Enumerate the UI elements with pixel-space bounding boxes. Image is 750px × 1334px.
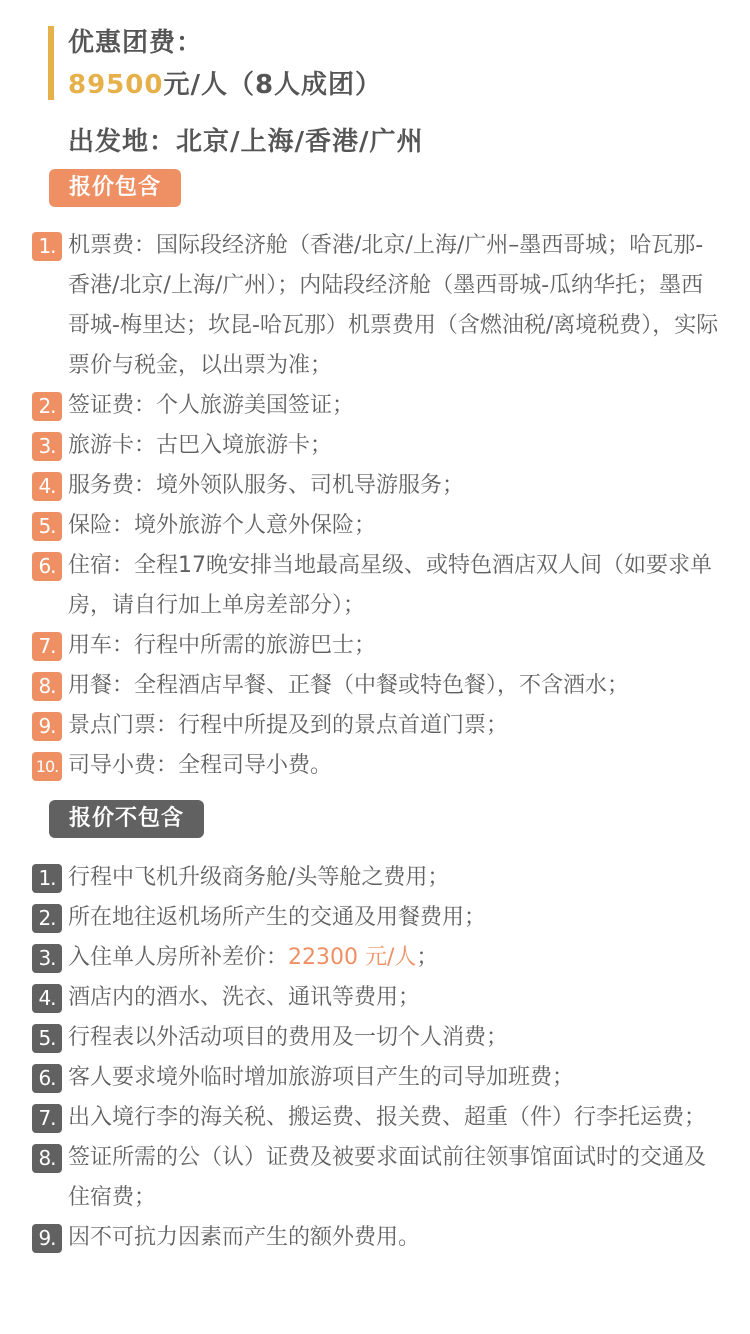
included-section-tag: 报价包含 xyxy=(49,169,181,207)
number-badge: 4. xyxy=(32,984,62,1013)
number-badge: 6. xyxy=(32,1064,62,1093)
list-item: 6.住宿：全程17晚安排当地最高星级、或特色酒店双人间（如要求单房，请自行加上单… xyxy=(32,546,722,626)
item-text: 保险：境外旅游个人意外保险； xyxy=(68,513,376,538)
list-item: 3.旅游卡：古巴入境旅游卡； xyxy=(32,426,722,466)
item-text: 因不可抗力因素而产生的额外费用。 xyxy=(68,1225,420,1250)
price-value: 89500 xyxy=(68,70,163,100)
list-item: 1.机票费：国际段经济舱（香港/北京/上海/广州–墨西哥城；哈瓦那-香港/北京/… xyxy=(32,226,722,386)
list-item: 2.所在地往返机场所产生的交通及用餐费用； xyxy=(32,898,722,938)
item-text: 用车：行程中所需的旅游巴士； xyxy=(68,633,376,658)
list-item: 5.保险：境外旅游个人意外保险； xyxy=(32,506,722,546)
number-badge: 7. xyxy=(32,632,62,661)
number-badge: 9. xyxy=(32,712,62,741)
number-badge: 5. xyxy=(32,1024,62,1053)
number-badge: 2. xyxy=(32,392,62,421)
item-text: 司导小费：全程司导小费。 xyxy=(68,753,332,778)
list-item: 5.行程表以外活动项目的费用及一切个人消费； xyxy=(32,1018,722,1058)
number-badge: 2. xyxy=(32,904,62,933)
price-header: 优惠团费： 89500元/人（8人成团） xyxy=(48,26,382,100)
number-badge: 3. xyxy=(32,944,62,973)
item-text: 景点门票：行程中所提及到的景点首道门票； xyxy=(68,713,508,738)
item-text: 行程中飞机升级商务舱/头等舱之费用； xyxy=(68,865,449,890)
number-badge: 7. xyxy=(32,1104,62,1133)
item-text: 签证费：个人旅游美国签证； xyxy=(68,393,354,418)
list-item: 2.签证费：个人旅游美国签证； xyxy=(32,386,722,426)
item-text-end: ； xyxy=(416,945,438,970)
departure-cities: 出发地：北京/上海/香港/广州 xyxy=(68,121,424,158)
included-list: 1.机票费：国际段经济舱（香港/北京/上海/广州–墨西哥城；哈瓦那-香港/北京/… xyxy=(32,226,722,786)
list-item: 10.司导小费：全程司导小费。 xyxy=(32,746,722,786)
item-text: 所在地往返机场所产生的交通及用餐费用； xyxy=(68,905,486,930)
list-item: 6.客人要求境外临时增加旅游项目产生的司导加班费； xyxy=(32,1058,722,1098)
list-item: 4.酒店内的酒水、洗衣、通讯等费用； xyxy=(32,978,722,1018)
list-item: 9.因不可抗力因素而产生的额外费用。 xyxy=(32,1218,722,1258)
item-text: 酒店内的酒水、洗衣、通讯等费用； xyxy=(68,985,420,1010)
number-badge: 8. xyxy=(32,672,62,701)
list-item: 8.用餐：全程酒店早餐、正餐（中餐或特色餐），不含酒水； xyxy=(32,666,722,706)
list-item: 4.服务费：境外领队服务、司机导游服务； xyxy=(32,466,722,506)
item-text: 机票费：国际段经济舱（香港/北京/上海/广州–墨西哥城；哈瓦那-香港/北京/上海… xyxy=(68,233,718,378)
item-text: 出入境行李的海关税、搬运费、报关费、超重（件）行李托运费； xyxy=(68,1105,706,1130)
number-badge: 6. xyxy=(32,552,62,581)
number-badge: 4. xyxy=(32,472,62,501)
excluded-list: 1.行程中飞机升级商务舱/头等舱之费用； 2.所在地往返机场所产生的交通及用餐费… xyxy=(32,858,722,1258)
single-room-supplement: 22300 元/人 xyxy=(288,945,416,970)
list-item: 7.用车：行程中所需的旅游巴士； xyxy=(32,626,722,666)
item-text: 用餐：全程酒店早餐、正餐（中餐或特色餐），不含酒水； xyxy=(68,673,629,698)
list-item: 8.签证所需的公（认）证费及被要求面试前往领事馆面试时的交通及住宿费； xyxy=(32,1138,722,1218)
number-badge: 1. xyxy=(32,232,62,261)
number-badge: 3. xyxy=(32,432,62,461)
item-text: 行程表以外活动项目的费用及一切个人消费； xyxy=(68,1025,508,1050)
number-badge: 5. xyxy=(32,512,62,541)
number-badge: 1. xyxy=(32,864,62,893)
price-suffix: 元/人（8人成团） xyxy=(163,70,382,100)
item-text: 签证所需的公（认）证费及被要求面试前往领事馆面试时的交通及住宿费； xyxy=(68,1145,706,1210)
excluded-section-tag: 报价不包含 xyxy=(49,800,204,838)
list-item: 9.景点门票：行程中所提及到的景点首道门票； xyxy=(32,706,722,746)
list-item: 3.入住单人房所补差价：22300 元/人； xyxy=(32,938,722,978)
list-item: 7.出入境行李的海关税、搬运费、报关费、超重（件）行李托运费； xyxy=(32,1098,722,1138)
item-text: 服务费：境外领队服务、司机导游服务； xyxy=(68,473,464,498)
number-badge: 9. xyxy=(32,1224,62,1253)
item-text: 住宿：全程17晚安排当地最高星级、或特色酒店双人间（如要求单房，请自行加上单房差… xyxy=(68,553,712,618)
item-text: 客人要求境外临时增加旅游项目产生的司导加班费； xyxy=(68,1065,574,1090)
item-text: 旅游卡：古巴入境旅游卡； xyxy=(68,433,332,458)
item-text: 入住单人房所补差价： xyxy=(68,945,288,970)
number-badge: 8. xyxy=(32,1144,62,1173)
number-badge: 10. xyxy=(32,752,62,781)
price-line: 89500元/人（8人成团） xyxy=(68,72,382,98)
list-item: 1.行程中飞机升级商务舱/头等舱之费用； xyxy=(32,858,722,898)
price-title: 优惠团费： xyxy=(68,30,382,56)
